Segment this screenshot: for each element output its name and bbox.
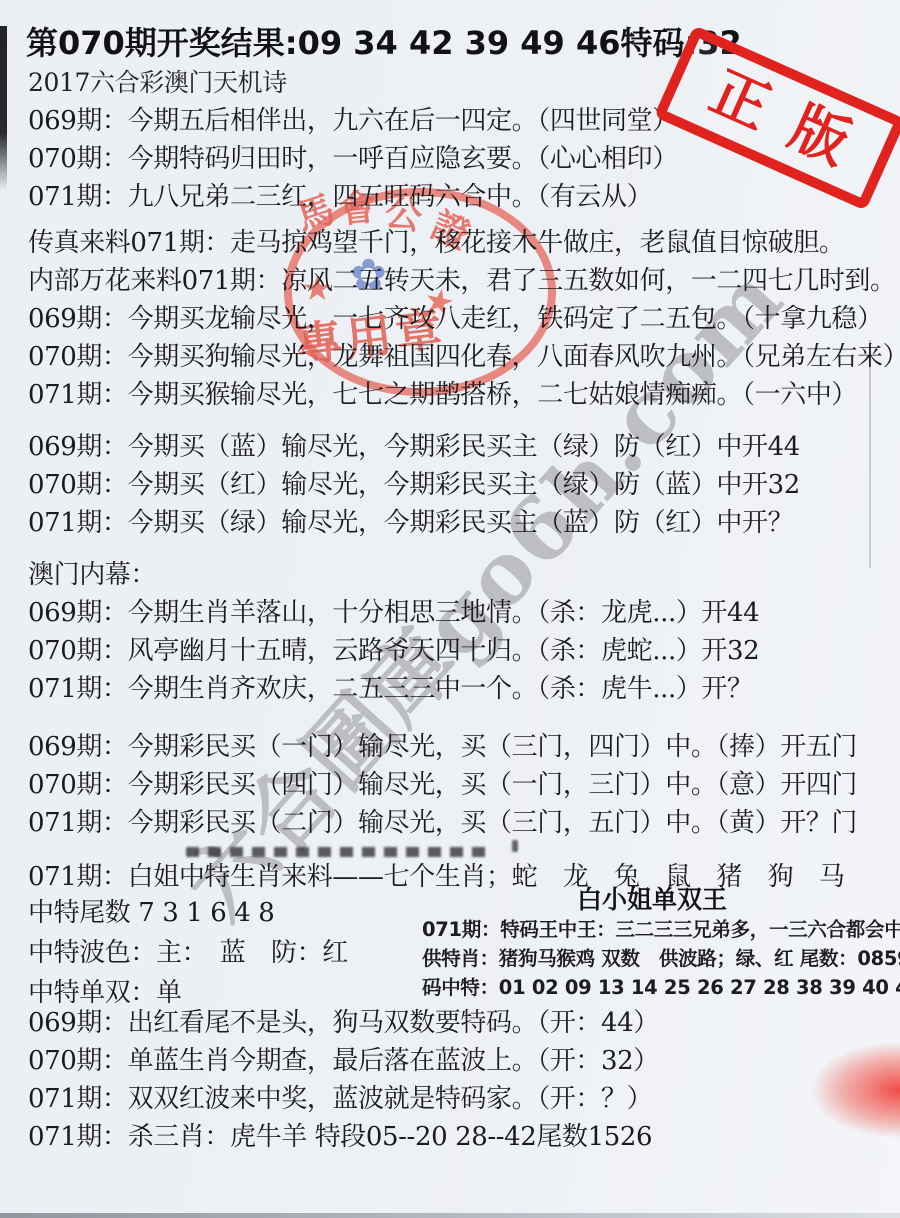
zhengban-stamp-text: 正版: [675, 49, 886, 187]
bottom-line: 069期：出红看尾不是头，狗马双数要特码。（开：44）: [28, 1010, 659, 1036]
fax-line: 内部万花来料071期：凉风二五转天未，君了三五数如何，一二四七几时到。: [28, 268, 900, 294]
poem-title: 2017六合彩澳门天机诗: [28, 70, 678, 96]
fax-line: 070期：今期买狗输尽光，龙舞祖国四化春，八面春风吹九州。（兄弟左右来）: [28, 344, 900, 370]
poem-section: 2017六合彩澳门天机诗 069期：今期五后相伴出，九六在后一四定。（四世同堂）…: [28, 70, 678, 210]
macau-line: 071期：今期生肖齐欢庆，二五三三中一个。（杀：虎牛...）开？: [28, 676, 759, 702]
zhengban-stamp: 正版: [654, 25, 900, 211]
bottom-line: 071期：双双红波来中奖，蓝波就是特码家。（开：？）: [28, 1086, 659, 1112]
poem-line: 071期：九八兄弟二三红，四五旺码六合中。（有云从）: [28, 184, 678, 210]
macau-section: 澳门内幕： 069期：今期生肖羊落山，十分相思三地情。（杀：龙虎...）开44 …: [28, 562, 759, 702]
fax-line: 069期：今期买龙输尽光，一七齐攻八走红，铁码定了二五包。（十拿九稳）: [28, 306, 900, 332]
color-bet-line: 070期：今期买（红）输尽光，今期彩民买主（绿）防（蓝）中开32: [28, 472, 800, 498]
draw-result-header: 第070期开奖结果:09 34 42 39 49 46特码:32: [26, 26, 742, 60]
erased-text-mark: [512, 840, 518, 852]
door-line: 069期：今期彩民买（一门）输尽光，买（三门，四门）中。（捧）开五门: [28, 734, 857, 760]
poem-line: 069期：今期五后相伴出，九六在后一四定。（四世同堂）: [28, 108, 678, 134]
macau-title: 澳门内幕：: [28, 562, 759, 588]
bottom-line: 071期：杀三肖：虎牛羊 特段05--20 28--42尾数1526: [28, 1124, 659, 1150]
door-line: 071期：今期彩民买（二门）输尽光，买（三门，五门）中。（黄）开？门: [28, 810, 857, 836]
color-bet-line: 069期：今期买（蓝）输尽光，今期彩民买主（绿）防（红）中开44: [28, 434, 800, 460]
stat-line: 中特尾数 7 3 1 6 4 8: [28, 900, 348, 926]
bottom-line: 070期：单蓝生肖今期查，最后落在蓝波上。（开：32）: [28, 1048, 659, 1074]
doors-section: 069期：今期彩民买（一门）输尽光，买（三门，四门）中。（捧）开五门 070期：…: [28, 734, 857, 836]
lottery-sheet-page: 馬 會 公 證 ★ ★ ✿ 專用章 六合圖庫go6h.com 正版 第070期开…: [0, 0, 900, 1218]
panel-title: 白小姐单双王: [422, 887, 882, 913]
fax-section: 传真来料071期：走马掠鸡望千门，移花接木牛做庄，老鼠值目惊破胆。 内部万花来料…: [28, 230, 900, 408]
red-ink-glow: [790, 995, 900, 1185]
erased-text-smudge: [186, 847, 488, 857]
poem-line: 070期：今期特码归田时，一呼百应隐玄要。（心心相印）: [28, 146, 678, 172]
bottom-tips-section: 069期：出红看尾不是头，狗马双数要特码。（开：44） 070期：单蓝生肖今期查…: [28, 1010, 659, 1150]
stat-line: 中特单双：单: [28, 980, 348, 1006]
fax-line: 传真来料071期：走马掠鸡望千门，移花接木牛做庄，老鼠值目惊破胆。: [28, 230, 900, 256]
panel-line: 供特肖：猪狗马猴鸡 双数 供波路；绿、红 尾数：0859: [422, 949, 894, 969]
scan-edge-mark: [0, 26, 7, 191]
baixiaojie-panel: 白小姐单双王 071期：特码王中王：三二三三兄弟多，一三六合都会中 供特肖：猪狗…: [422, 887, 894, 1007]
color-bet-line: 071期：今期买（绿）输尽光，今期彩民买主（蓝）防（红）中开？: [28, 510, 800, 536]
scan-bottom-edge: [0, 1213, 900, 1218]
panel-line: 071期：特码王中王：三二三三兄弟多，一三六合都会中: [422, 920, 894, 940]
left-stats-section: 中特尾数 7 3 1 6 4 8 中特波色：主： 蓝 防：红 中特单双：单: [28, 900, 348, 1006]
stat-line: 中特波色：主： 蓝 防：红: [28, 940, 348, 966]
fax-line: 071期：今期买猴输尽光，七七之期鹊搭桥，二七姑娘情痴痴。（一六中）: [28, 382, 900, 408]
color-bets-section: 069期：今期买（蓝）输尽光，今期彩民买主（绿）防（红）中开44 070期：今期…: [28, 434, 800, 536]
door-line: 070期：今期彩民买（四门）输尽光，买（一门，三门）中。（意）开四门: [28, 772, 857, 798]
macau-line: 069期：今期生肖羊落山，十分相思三地情。（杀：龙虎...）开44: [28, 600, 759, 626]
macau-line: 070期：风亭幽月十五晴，云路爷天四十归。（杀：虎蛇...）开32: [28, 638, 759, 664]
